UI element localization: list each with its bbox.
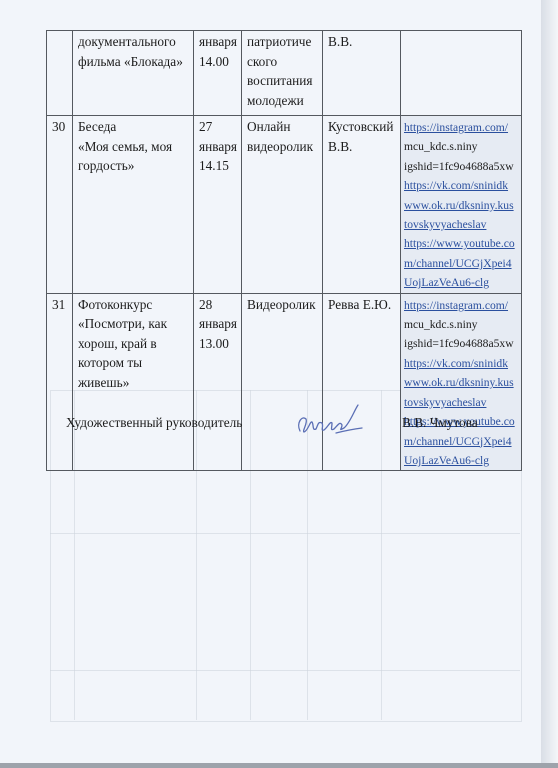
- ok-link[interactable]: www.ok.ru/dksniny.kus tovskyvyacheslav: [404, 373, 519, 412]
- table-row: 31 Фотоконкурс «Посмотри, как хорош, кра…: [47, 293, 522, 471]
- instagram-igshid: igshid=1fc9o4688a5xw: [404, 157, 519, 176]
- ok-link[interactable]: www.ok.ru/dksniny.kus tovskyvyacheslav: [404, 196, 519, 235]
- instagram-link[interactable]: https://instagram.com/: [404, 118, 519, 137]
- instagram-handle: mcu_kdc.s.niny: [404, 315, 519, 334]
- signatory-name: В.В. Чмутова: [402, 415, 478, 431]
- table-row: документального фильма «Блокада» января …: [47, 31, 522, 116]
- handwritten-signature-icon: [292, 401, 366, 441]
- row-number: 31: [47, 293, 73, 471]
- row-number: [47, 31, 73, 116]
- instagram-link[interactable]: https://instagram.com/: [404, 296, 519, 315]
- event-form: патриотиче ского воспитания молодежи: [242, 31, 323, 116]
- event-links: https://instagram.com/ mcu_kdc.s.niny ig…: [401, 116, 522, 294]
- event-links: [401, 31, 522, 116]
- event-form: Онлайн видеоролик: [242, 116, 323, 294]
- bleed-through-line: [50, 670, 520, 671]
- table-row: 30 Беседа «Моя семья, моя гордость» 27 я…: [47, 116, 522, 294]
- bleed-through-line: [50, 533, 520, 534]
- event-responsible: Кустовский В.В.: [323, 116, 401, 294]
- vk-link[interactable]: https://vk.com/sninidk: [404, 354, 519, 373]
- scanned-page: документального фильма «Блокада» января …: [0, 0, 541, 763]
- event-responsible: Ревва Е.Ю.: [323, 293, 401, 471]
- event-links: https://instagram.com/ mcu_kdc.s.niny ig…: [401, 293, 522, 471]
- event-date: января 14.00: [194, 31, 242, 116]
- scanner-edge: [541, 0, 558, 768]
- event-responsible: В.В.: [323, 31, 401, 116]
- youtube-link[interactable]: https://www.youtube.com/channel/UCGjXpei…: [404, 234, 519, 292]
- signatory-role: Художественный руководитель: [66, 415, 242, 431]
- event-form: Видеоролик: [242, 293, 323, 471]
- event-date: 27 января 14.15: [194, 116, 242, 294]
- event-title: Беседа «Моя семья, моя гордость»: [73, 116, 194, 294]
- scanner-edge: [0, 763, 558, 768]
- instagram-handle: mcu_kdc.s.niny: [404, 137, 519, 156]
- instagram-igshid: igshid=1fc9o4688a5xw: [404, 334, 519, 353]
- events-table: документального фильма «Блокада» января …: [46, 30, 522, 471]
- vk-link[interactable]: https://vk.com/sninidk: [404, 176, 519, 195]
- event-date: 28 января 13.00: [194, 293, 242, 471]
- event-title: Фотоконкурс «Посмотри, как хорош, край в…: [73, 293, 194, 471]
- row-number: 30: [47, 116, 73, 294]
- event-title: документального фильма «Блокада»: [73, 31, 194, 116]
